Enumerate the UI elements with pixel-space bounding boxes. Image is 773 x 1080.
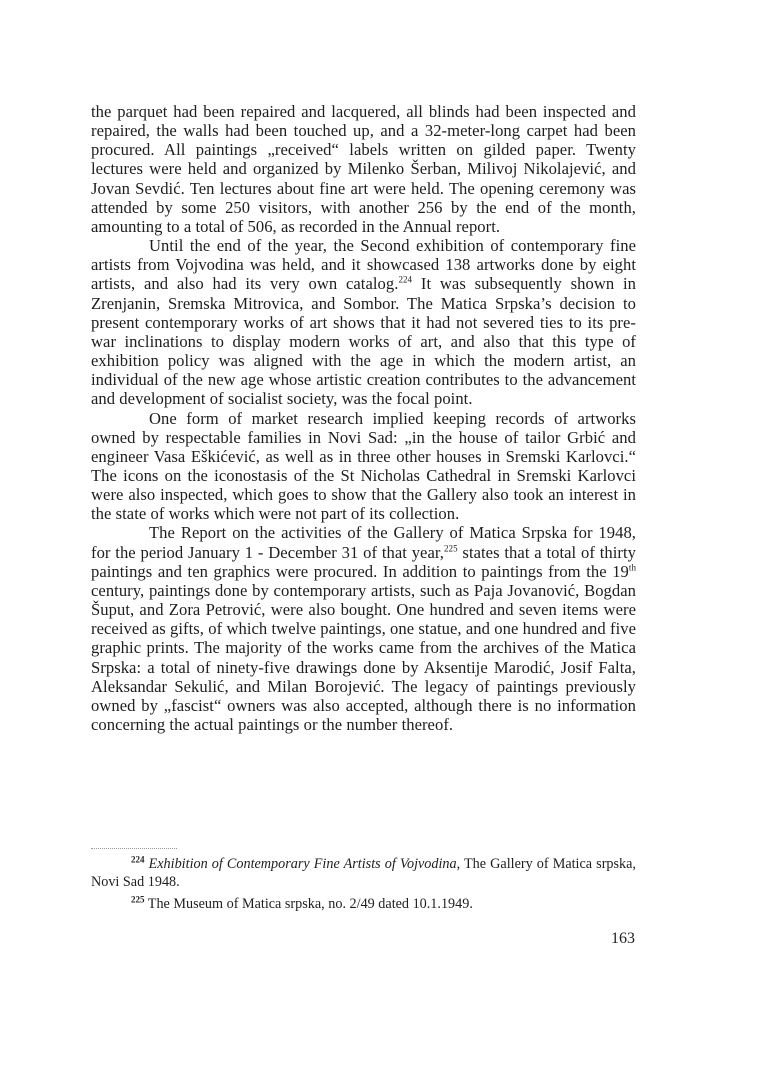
ordinal-superscript: th [629, 562, 636, 572]
footnote-divider [91, 848, 177, 849]
paragraph-2-text-b: It was subsequently shown in Zrenjanin, … [91, 274, 636, 408]
footnote-225: 225 The Museum of Matica srpska, no. 2/4… [91, 895, 636, 913]
footnotes: 224 Exhibition of Contemporary Fine Arti… [91, 848, 636, 917]
paragraph-1: the parquet had been repaired and lacque… [91, 102, 636, 236]
paragraph-2: Until the end of the year, the Second ex… [91, 236, 636, 408]
paragraph-4: The Report on the activities of the Gall… [91, 523, 636, 734]
footnote-number: 224 [131, 854, 145, 864]
page-number: 163 [611, 930, 635, 948]
footnote-text: The Museum of Matica srpska, no. 2/49 da… [148, 896, 473, 912]
paragraph-3: One form of market research implied keep… [91, 409, 636, 524]
footnote-title: Exhibition of Contemporary Fine Artists … [149, 856, 457, 872]
footnote-224: 224 Exhibition of Contemporary Fine Arti… [91, 855, 636, 891]
page-body: the parquet had been repaired and lacque… [91, 102, 636, 734]
paragraph-4-text-c: century, paintings done by contemporary … [91, 581, 636, 734]
main-text: the parquet had been repaired and lacque… [91, 102, 636, 734]
footnote-number: 225 [131, 894, 145, 904]
footnote-ref-225[interactable]: 225 [444, 543, 458, 553]
footnote-ref-224[interactable]: 224 [398, 275, 412, 285]
